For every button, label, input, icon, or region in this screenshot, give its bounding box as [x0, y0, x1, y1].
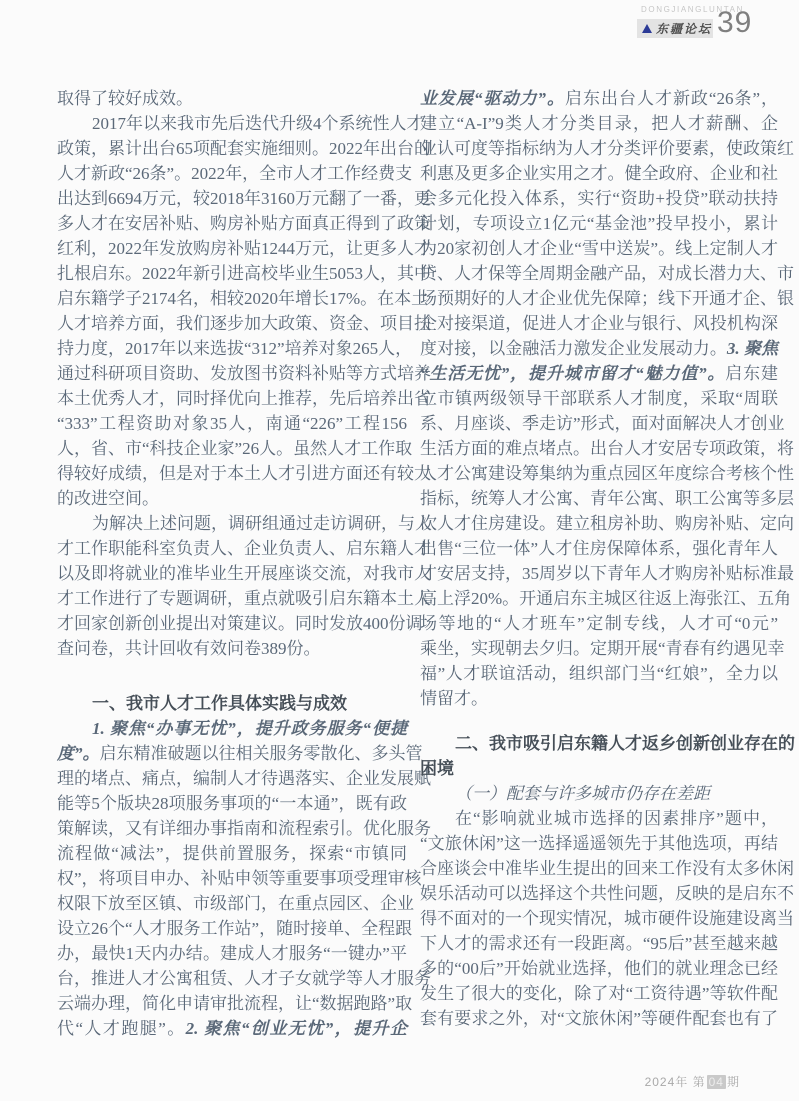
- section-heading: 困境: [420, 756, 778, 781]
- text-line: 流程做“减法”，提供前置服务，探索“市镇同: [57, 841, 407, 866]
- text-line: 能等5个版块28项服务事项的“一本通”，既有政: [57, 791, 407, 816]
- text-line: 代“人才跑腿”。2. 聚焦“创业无忧”，提升企: [57, 1016, 407, 1041]
- text-line: 下人才的需求还有一段距离。“95后”甚至越来越: [420, 931, 778, 956]
- text-line: 利惠及更多企业实用之才。健全政府、企业和社: [420, 161, 778, 186]
- text-line: 策解读，又有详细办事指南和流程索引。优化服务: [57, 816, 407, 841]
- issue-prefix: 第: [693, 1075, 706, 1089]
- text-line: 度”。启东精准破题以往相关服务零散化、多头管: [57, 741, 407, 766]
- text-line: 乘坐，实现朝去夕归。定期开展“青春有约遇见幸: [420, 636, 778, 661]
- text-line: 建立“A-I”9类人才分类目录，把人才薪酬、企: [420, 111, 778, 136]
- text-line: 企对接渠道，促进人才企业与银行、风投机构深: [420, 311, 778, 336]
- column-left: 取得了较好成效。2017年以来我市先后迭代升级4个系统性人才政策，累计出台65项…: [57, 86, 407, 1041]
- text-line: 计划，专项设立1亿元“基金池”投早投小，累计: [420, 211, 778, 236]
- text-line: 度对接，以金融活力激发企业发展动力。3. 聚焦: [420, 336, 778, 361]
- text-line: 持力度，2017年以来选拔“312”培养对象265人，: [57, 336, 407, 361]
- text-line: 为20家初创人才企业“雪中送炭”。线上定制人才: [420, 236, 778, 261]
- text-line: 政策，累计出台65项配套实施细则。2022年出台的: [57, 136, 407, 161]
- text-line: 台，推进人才公寓租赁、人才子女就学等人才服务: [57, 966, 407, 991]
- journal-logo: 东疆论坛: [637, 19, 713, 38]
- text-line: 云端办理，简化申请审批流程，让“数据跑路”取: [57, 991, 407, 1016]
- text-line: 福”人才联谊活动，组织部门当“红娘”，全力以: [420, 661, 778, 686]
- text-line: （一）配套与许多城市仍存在差距: [420, 781, 778, 806]
- text-line: 取得了较好成效。: [57, 86, 407, 111]
- text-line: 扎根启东。2022年新引进高校毕业生5053人，其中: [57, 261, 407, 286]
- text-line: 多的“00后”开始就业选择，他们的就业理念已经: [420, 956, 778, 981]
- text-line: 高上浮20%。开通启东主城区往返上海张江、五角: [420, 586, 778, 611]
- text-line: “文旅休闲”这一选择遥遥领先于其他选项，再结: [420, 831, 778, 856]
- issue-year: 2024年: [645, 1075, 689, 1089]
- text-line: 得较好成绩，但是对于本土人才引进方面还有较大: [57, 461, 407, 486]
- text-line: 发生了很大的变化，除了对“工资待遇”等软件配: [420, 981, 778, 1006]
- text-line: 理的堵点、痛点，编制人才待遇落实、企业发展赋: [57, 766, 407, 791]
- text-line: 系、月座谈、季走访”形式，面对面解决人才创业: [420, 411, 778, 436]
- section-heading: 一、我市人才工作具体实践与成效: [57, 691, 407, 716]
- text-line: 通过科研项目资助、发放图书资料补贴等方式培养: [57, 361, 407, 386]
- text-line: 业发展“驱动力”。启东出台人才新政“26条”，: [420, 86, 778, 111]
- text-line: 会多元化投入体系，实行“资助+投贷”联动扶持: [420, 186, 778, 211]
- text-line: 出售“三位一体”人才住房保障体系，强化青年人: [420, 536, 778, 561]
- text-line: 出达到6694万元，较2018年3160万元翻了一番，更: [57, 186, 407, 211]
- text-line: 在“影响就业城市选择的因素排序”题中，: [420, 806, 778, 831]
- text-line: 才工作进行了专题调研，重点就吸引启东籍本土人: [57, 586, 407, 611]
- text-line: 次人才住房建设。建立租房补助、购房补贴、定向: [420, 511, 778, 536]
- column-right: 业发展“驱动力”。启东出台人才新政“26条”，建立“A-I”9类人才分类目录，把…: [420, 86, 778, 1031]
- text-line: 得不面对的一个现实情况，城市硬件设施建设离当: [420, 906, 778, 931]
- section-heading: 二、我市吸引启东籍人才返乡创新创业存在的: [420, 731, 778, 756]
- text-line: 业认可度等指标纳为人才分类评价要素，使政策红: [420, 136, 778, 161]
- text-line: 查问卷，共计回收有效问卷389份。: [57, 636, 407, 661]
- text-line: 合座谈会中准毕业生提出的回来工作没有太多休闲: [420, 856, 778, 881]
- triangle-icon: [642, 24, 652, 33]
- text-line: 本土优秀人才，同时择优向上推荐，先后培养出省: [57, 386, 407, 411]
- journal-name-cn: 东疆论坛: [656, 20, 712, 37]
- text-line: 权限下放至区镇、市级部门，在重点园区、企业: [57, 891, 407, 916]
- text-line: 才安居支持，35周岁以下青年人才购房补贴标准最: [420, 561, 778, 586]
- text-line: 娱乐活动可以选择这个共性问题，反映的是启东不: [420, 881, 778, 906]
- text-line: 场等地的“人才班车”定制专线，人才可“0元”: [420, 611, 778, 636]
- text-line: 指标，统筹人才公寓、青年公寓、职工公寓等多层: [420, 486, 778, 511]
- text-line: 贷、人才保等全周期金融产品，对成长潜力大、市: [420, 261, 778, 286]
- text-line: 人，省、市“科技企业家”26人。虽然人才工作取: [57, 436, 407, 461]
- text-line: 启东籍学子2174名，相较2020年增长17%。在本土: [57, 286, 407, 311]
- text-line: 套有要求之外，对“文旅休闲”等硬件配套也有了: [420, 1006, 778, 1031]
- text-line: 人才新政“26条”。2022年，全市人才工作经费支: [57, 161, 407, 186]
- issue-number: 04: [707, 1075, 726, 1089]
- text-line: 以及即将就业的准毕业生开展座谈交流，对我市人: [57, 561, 407, 586]
- text-line: 的改进空间。: [57, 486, 407, 511]
- issue-suffix: 期: [727, 1075, 740, 1089]
- text-line: 1. 聚焦“办事无忧”，提升政务服务“便捷: [57, 716, 407, 741]
- text-line: 为解决上述问题，调研组通过走访调研，与人: [57, 511, 407, 536]
- text-line: 红利，2022年发放购房补贴1244万元，让更多人才: [57, 236, 407, 261]
- text-line: 才工作职能科室负责人、企业负责人、启东籍人才: [57, 536, 407, 561]
- text-line: “生活无忧”，提升城市留才“魅力值”。启东建: [420, 361, 778, 386]
- text-line: 生活方面的难点堵点。出台人才安居专项政策，将: [420, 436, 778, 461]
- text-line: 权”，将项目申办、补贴申领等重要事项受理审核: [57, 866, 407, 891]
- text-line: 2017年以来我市先后迭代升级4个系统性人才: [57, 111, 407, 136]
- text-line: 设立26个“人才服务工作站”，随时接单、全程跟: [57, 916, 407, 941]
- text-line: 场预期好的人才企业优先保障；线下开通才企、银: [420, 286, 778, 311]
- text-line: “333”工程资助对象35人，南通“226”工程156: [57, 411, 407, 436]
- text-line: 人才培养方面，我们逐步加大政策、资金、项目扶: [57, 311, 407, 336]
- text-line: 情留才。: [420, 686, 778, 711]
- text-line: 人才公寓建设筹集纳为重点园区年度综合考核个性: [420, 461, 778, 486]
- text-line: 多人才在安居补贴、购房补贴方面真正得到了政策: [57, 211, 407, 236]
- page-number: 39: [717, 6, 752, 40]
- journal-page: DONGJIANGLUNTAN 东疆论坛 39 取得了较好成效。2017年以来我…: [0, 0, 799, 1101]
- text-line: 办，最快1天内办结。建成人才服务“一键办”平: [57, 941, 407, 966]
- text-line: 才回家创新创业提出对策建议。同时发放400份调: [57, 611, 407, 636]
- text-line: 立市镇两级领导干部联系人才制度，采取“周联: [420, 386, 778, 411]
- issue-info: 2024年 第04期: [0, 1073, 740, 1090]
